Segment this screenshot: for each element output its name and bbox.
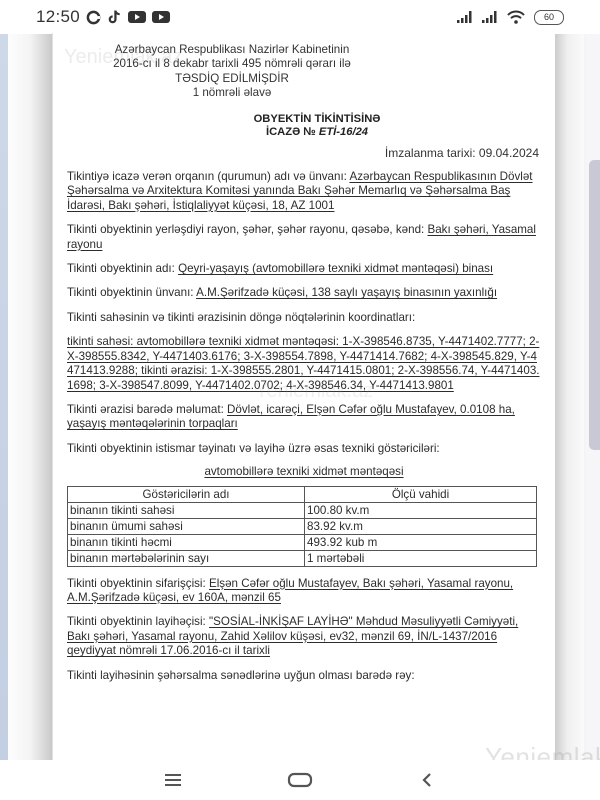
location-label: Tikinti obyektinin yerləşdiyi rayon, şəh… [67, 223, 427, 236]
title-line-1: OBYEKTİN TİKİNTİSİNƏ [187, 113, 447, 127]
table-cell: 1 mərtəbəli [305, 550, 537, 566]
title-line-2: İCAZƏ № ETİ-16/24 [187, 126, 447, 140]
page-shadow-right [554, 34, 584, 760]
designer-label: Tikinti obyektinin layihəçisi: [67, 615, 209, 628]
approval-header: Azərbaycan Respublikası Nazirlər Kabinet… [67, 43, 397, 101]
address-value: A.M.Şərifzadə küçəsi, 138 saylı yaşayış … [196, 286, 497, 299]
land-label: Tikinti ərazisi barədə məlumat: [67, 403, 227, 416]
tiktok-icon [107, 9, 122, 25]
header-line: Azərbaycan Respublikası Nazirlər Kabinet… [67, 43, 397, 57]
signal-icon [482, 11, 498, 23]
status-time: 12:50 [36, 7, 80, 27]
location-section: Tikinti obyektinin yerləşdiyi rayon, şəh… [67, 223, 541, 252]
coordinates-label: Tikinti sahəsinin və tikinti ərazisinin … [67, 311, 541, 325]
document-title: OBYEKTİN TİKİNTİSİNƏ İCAZƏ № ETİ-16/24 [187, 113, 447, 140]
table-cell: 100.80 kv.m [305, 502, 537, 518]
permit-number: ETİ-16/24 [319, 126, 368, 138]
designer-section: Tikinti obyektinin layihəçisi: "SOSİAL-İ… [67, 615, 541, 658]
purpose-value: avtomobillərə texniki xidmət məntəqəsi [204, 465, 403, 478]
navigation-bar [0, 760, 600, 800]
issuer-section: Tikintiyə icazə verən orqanın (qurumun) … [67, 170, 541, 213]
table-header-row: Göstəricilərin adı Ölçü vahidi [68, 486, 537, 502]
table-row: binanın tikinti həcmi 493.92 kub m [68, 534, 537, 550]
header-line: TƏSDİQ EDİLMİŞDİR [67, 72, 397, 86]
left-edge-panel [0, 34, 8, 760]
table-cell: 493.92 kub m [305, 534, 537, 550]
battery-icon: 60 [534, 10, 564, 25]
permit-prefix: İCAZƏ № [266, 126, 319, 138]
purpose-label: Tikinti obyektinin istismar təyinatı və … [67, 442, 541, 456]
status-bar: 12:50 60 [0, 0, 600, 34]
conformity-label: Tikinti layihəsinin şəhərsalma sənədləri… [67, 669, 541, 683]
menu-lines-icon [163, 773, 183, 787]
document-content: Azərbaycan Respublikası Nazirlər Kabinet… [53, 33, 555, 683]
table-row: binanın tikinti sahəsi 100.80 kv.m [68, 502, 537, 518]
status-left: 12:50 [36, 7, 170, 27]
coordinates-value: tikinti sahəsi: avtomobillərə texniki xi… [67, 335, 541, 393]
column-header: Ölçü vahidi [305, 486, 537, 502]
table-cell: binanın tikinti həcmi [68, 534, 305, 550]
youtube-icon [128, 11, 146, 23]
table-cell: binanın mərtəbələrinin sayı [68, 550, 305, 566]
table-cell: binanın tikinti sahəsi [68, 502, 305, 518]
issuer-label: Tikintiyə icazə verən orqanın (qurumun) … [67, 170, 349, 183]
signing-date: İmzalanma tarixi: 09.04.2024 [67, 146, 541, 160]
back-button[interactable] [407, 765, 447, 795]
object-name-section: Tikinti obyektinin adı: Qeyri-yaşayış (a… [67, 262, 541, 276]
scrollbar-thumb[interactable] [589, 160, 600, 450]
header-line: 1 nömrəli əlavə [67, 86, 397, 100]
signal-icon [457, 11, 473, 23]
wifi-icon [507, 10, 525, 24]
recent-apps-button[interactable] [153, 765, 193, 795]
document-page[interactable]: Azərbaycan Respublikası Nazirlər Kabinet… [52, 33, 555, 760]
chevron-left-icon [420, 772, 434, 788]
youtube-icon [152, 11, 170, 23]
status-right: 60 [457, 10, 564, 25]
home-icon [287, 772, 313, 788]
table-cell: 83.92 kv.m [305, 518, 537, 534]
object-name-label: Tikinti obyektinin adı: [67, 262, 178, 275]
table-row: binanın ümumi sahəsi 83.92 kv.m [68, 518, 537, 534]
object-name-value: Qeyri-yaşayış (avtomobillərə texniki xid… [178, 262, 493, 275]
land-section: Tikinti ərazisi barədə məlumat: Dövlət, … [67, 403, 541, 432]
column-header: Göstəricilərin adı [68, 486, 305, 502]
address-label: Tikinti obyektinin ünvanı: [67, 286, 196, 299]
client-label: Tikinti obyektinin sifarişçisi: [67, 577, 209, 590]
client-section: Tikinti obyektinin sifarişçisi: Elşən Cə… [67, 577, 541, 606]
table-cell: binanın ümumi sahəsi [68, 518, 305, 534]
c-circle-icon [86, 10, 101, 25]
home-button[interactable] [280, 765, 320, 795]
purpose-value-line: avtomobillərə texniki xidmət məntəqəsi [67, 465, 541, 479]
address-section: Tikinti obyektinin ünvanı: A.M.Şərifzadə… [67, 286, 541, 300]
table-row: binanın mərtəbələrinin sayı 1 mərtəbəli [68, 550, 537, 566]
page-shadow-left [8, 34, 52, 760]
header-line: 2016-cı il 8 dekabr tarixli 495 nömrəli … [67, 57, 397, 71]
indicators-table: Göstəricilərin adı Ölçü vahidi binanın t… [67, 486, 537, 567]
